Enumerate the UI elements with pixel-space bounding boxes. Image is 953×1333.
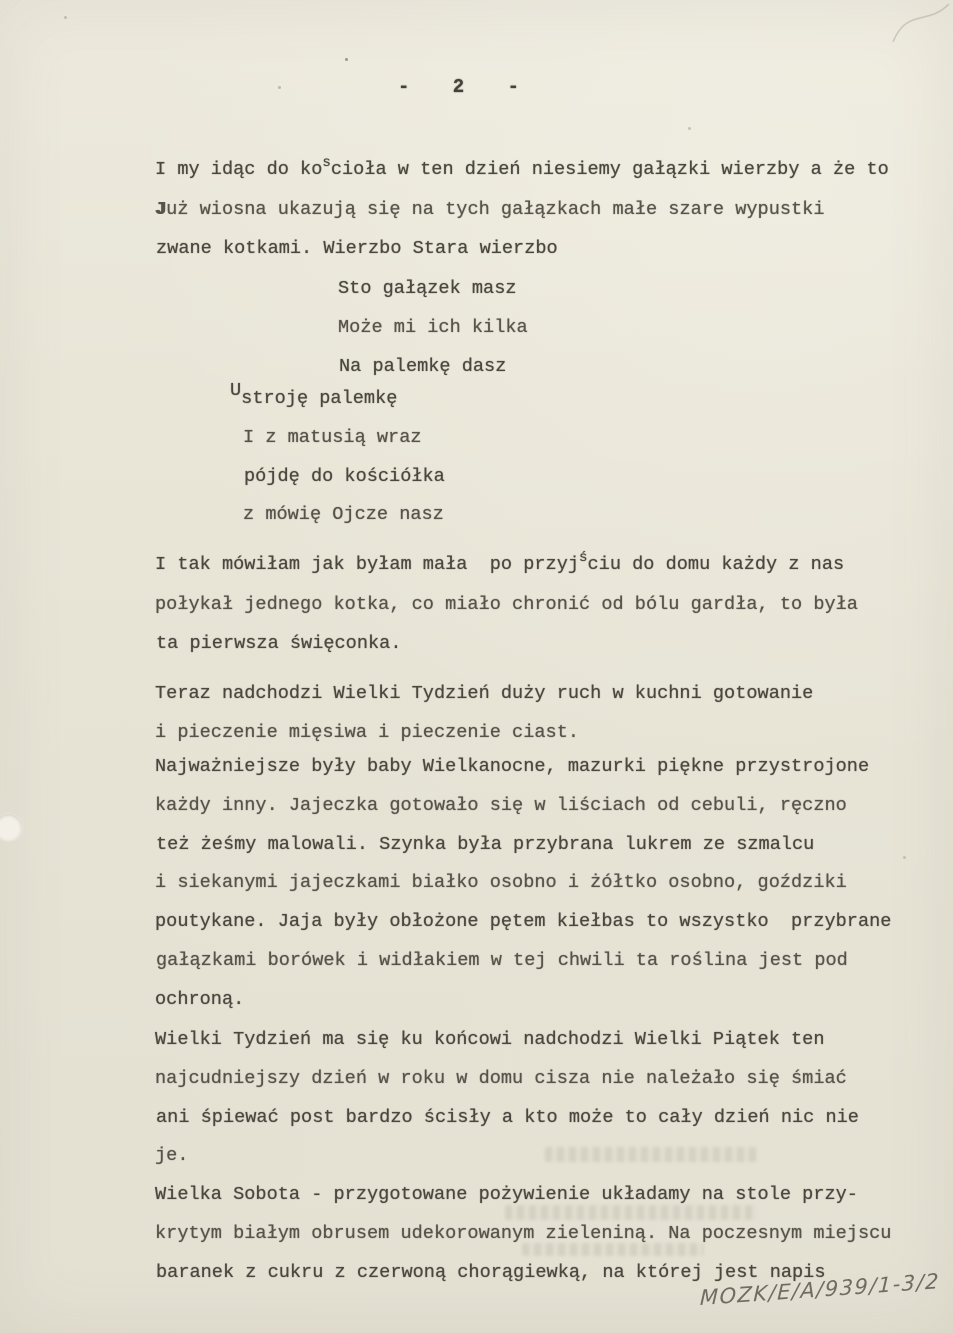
text-segment: stroję palemkę	[241, 388, 397, 409]
text-line: też żeśmy malowali. Szynka była przybran…	[156, 826, 892, 865]
paragraph: Wielka Sobota - przygotowane pożywienie …	[155, 1176, 891, 1292]
poem-line: I z matusią wraz	[230, 419, 444, 458]
text-line: najcudniejszy dzień w roku w domu cisza …	[155, 1060, 858, 1099]
text-line: Najważniejsze były baby Wielkanocne, maz…	[155, 748, 891, 787]
text-line: ani śpiewać post bardzo ścisły a kto moż…	[156, 1099, 859, 1138]
text-line: i siekanymi jajeczkami białko osobno i ż…	[155, 864, 891, 903]
hole-punch-mark	[0, 814, 22, 841]
text-line: Wielki Tydzień ma się ku końcowi nadchod…	[155, 1021, 858, 1060]
text-line: gałązkami borówek i widłakiem w tej chwi…	[156, 942, 892, 981]
text-line: każdy inny. Jajeczka gotowało się w liśc…	[155, 787, 891, 826]
paragraph: I my idąc do koscioła w ten dzień niesie…	[155, 151, 889, 268]
text-line: poutykane. Jaja były obłożone pętem kieł…	[155, 903, 891, 942]
poem-line: Sto gałązek masz	[338, 270, 528, 309]
text-line: je.	[155, 1137, 858, 1176]
paragraph: Teraz nadchodzi Wielki Tydzień duży ruch…	[155, 675, 813, 753]
superscript-correction: s	[322, 155, 330, 171]
document-page: - 2 - I my idąc do koscioła w ten dzień …	[0, 0, 953, 1333]
paragraph: Najważniejsze były baby Wielkanocne, maz…	[155, 748, 891, 1020]
text-line: połykał jednego kotka, co miało chronić …	[155, 586, 858, 625]
poem-line: Ustroję palemkę	[230, 380, 444, 419]
text-line: ta pierwsza święconka.	[156, 625, 859, 664]
text-line: i pieczenie mięsiwa i pieczenie ciast.	[155, 714, 813, 753]
text-segment: uż wiosna ukazują się na tych gałązkach …	[166, 199, 824, 220]
page-number: - 2 -	[398, 76, 535, 98]
text-line: I tak mówiłam jak byłam mała po przyjści…	[155, 546, 858, 586]
text-line: krytym białym obrusem udekorowanym ziele…	[155, 1215, 891, 1254]
text-segment: cioła w ten dzień niesiemy gałązki wierz…	[331, 159, 889, 180]
text-line: Teraz nadchodzi Wielki Tydzień duży ruch…	[155, 675, 813, 714]
text-line: zwane kotkami. Wierzbo Stara wierzbo	[156, 230, 890, 269]
paragraph: Wielki Tydzień ma się ku końcowi nadchod…	[155, 1021, 858, 1176]
ink-speck	[688, 127, 691, 130]
text-segment: I my idąc do ko	[155, 159, 322, 180]
text-segment: ciu do domu każdy z nas	[588, 554, 845, 575]
text-line: I my idąc do koscioła w ten dzień niesie…	[155, 151, 889, 191]
text-line: Wielka Sobota - przygotowane pożywienie …	[155, 1176, 891, 1215]
text-line: ochroną.	[155, 981, 891, 1020]
poem-line: Może mi ich kilka	[338, 309, 528, 348]
poem-line: z mówię Ojcze nasz	[230, 496, 444, 535]
ink-speck	[345, 58, 348, 61]
ink-speck	[903, 856, 906, 859]
ink-speck	[278, 86, 281, 89]
text-line: Już wiosna ukazują się na tych gałązkach…	[155, 191, 889, 230]
poem-line: pójdę do kościółka	[231, 458, 445, 497]
raised-letter: U	[230, 372, 241, 411]
poem-stanza: Sto gałązek masz Może mi ich kilka Na pa…	[338, 270, 528, 386]
paragraph: I tak mówiłam jak byłam mała po przyjści…	[155, 546, 858, 663]
superscript-correction: ś	[579, 550, 587, 566]
poem-stanza: Ustroję palemkę I z matusią wraz pójdę d…	[230, 380, 444, 535]
text-segment: I tak mówiłam jak byłam mała po przyj	[155, 554, 579, 575]
pencil-mark	[881, 0, 953, 46]
overtyped-letter: J	[155, 199, 166, 220]
ink-speck	[64, 16, 67, 19]
